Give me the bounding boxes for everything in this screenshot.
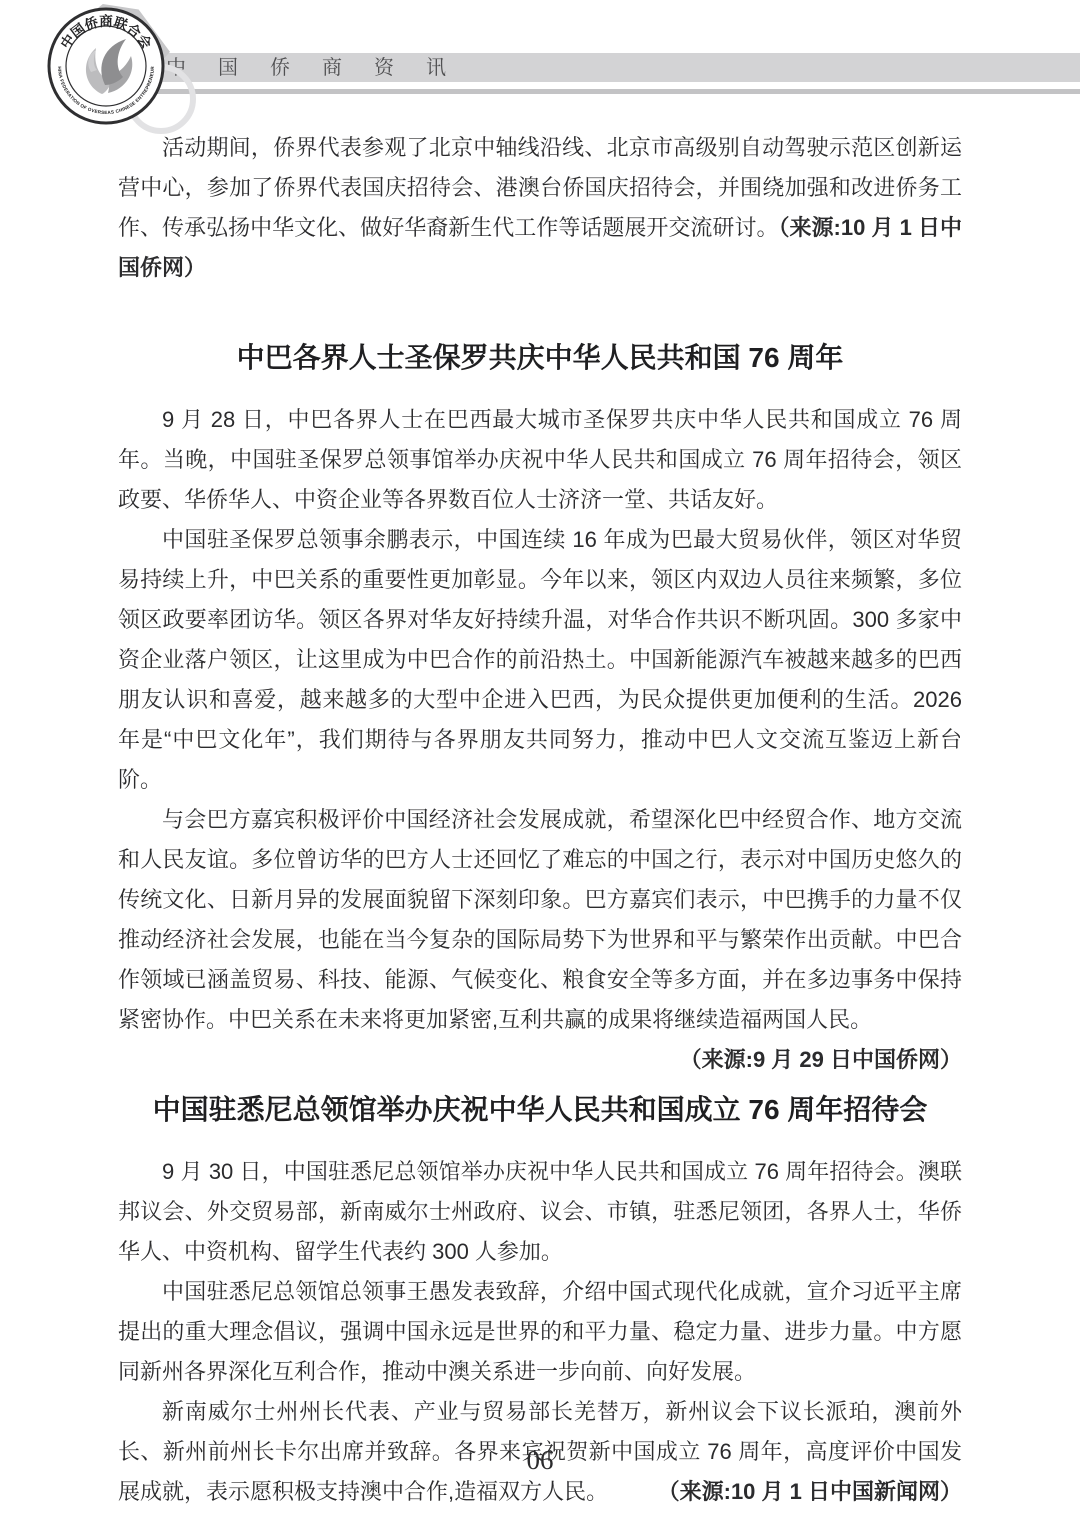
article-content: 活动期间，侨界代表参观了北京中轴线沿线、北京市高级别自动驾驶示范区创新运营中心，…	[118, 0, 962, 1512]
paragraph: 中国驻圣保罗总领事余鹏表示，中国连续 16 年成为巴最大贸易伙伴，领区对华贸易持…	[118, 520, 962, 800]
newsletter-page: 中国侨商资讯 中国侨商联合会 CHINA FEDERATION OF OVERS…	[0, 0, 1080, 1525]
paragraph: 9 月 28 日，中巴各界人士在巴西最大城市圣保罗共庆中华人民共和国成立 76 …	[118, 400, 962, 520]
source-note: （来源:9 月 29 日中国侨网）	[636, 1040, 962, 1080]
paragraph: 与会巴方嘉宾积极评价中国经济社会发展成就，希望深化巴中经贸合作、地方交流和人民友…	[118, 800, 962, 1040]
page-number: 06	[0, 1445, 1080, 1476]
paragraph: 中国驻悉尼总领馆总领事王愚发表致辞，介绍中国式现代化成就，宣介习近平主席提出的重…	[118, 1272, 962, 1392]
paragraph: 9 月 30 日，中国驻悉尼总领馆举办庆祝中华人民共和国成立 76 周年招待会。…	[118, 1152, 962, 1272]
paragraph-text: 与会巴方嘉宾积极评价中国经济社会发展成就，希望深化巴中经贸合作、地方交流和人民友…	[118, 807, 962, 1032]
lead-paragraph: 活动期间，侨界代表参观了北京中轴线沿线、北京市高级别自动驾驶示范区创新运营中心，…	[118, 128, 962, 288]
source-note: （来源:10 月 1 日中国新闻网）	[614, 1472, 962, 1512]
article-title-1: 中巴各界人士圣保罗共庆中华人民共和国 76 周年	[118, 338, 962, 378]
article-title-2: 中国驻悉尼总领馆举办庆祝中华人民共和国成立 76 周年招待会	[118, 1090, 962, 1130]
